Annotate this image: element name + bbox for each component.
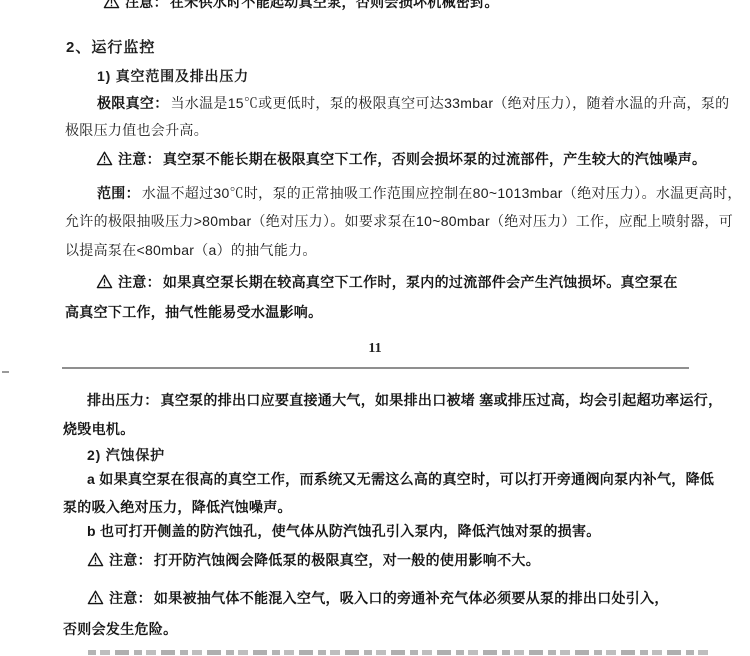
- warning-paragraph-gas-mixing-cont: 否则会发生危险。: [63, 620, 177, 638]
- line-text: 如果真空泵长期在较高真空下工作时，泵内的过流部件会产生汽蚀损坏。真空泵在: [163, 274, 678, 290]
- warning-paragraph-anticavitation-valve: 注意：打开防汽蚀阀会降低泵的极限真空，对一般的使用影响不大。: [87, 551, 540, 569]
- section-heading: 2、运行监控: [66, 39, 155, 57]
- term-label: 范围：: [97, 185, 140, 201]
- paragraph-working-range-end: 以提高泵在<80mbar（a）的抽气能力。: [65, 241, 317, 259]
- scan-artifact-dash: [2, 371, 9, 373]
- paragraph-working-range-cont: 允许的极限抽吸压力>80mbar（绝对压力）。如要求泵在10~80mbar（绝对…: [65, 212, 733, 230]
- line-text: 真空泵不能长期在极限真空下工作，否则会损坏泵的过流部件，产生较大的汽蚀噪声。: [163, 151, 706, 167]
- warning-icon: [96, 274, 113, 289]
- warning-paragraph-cavitation-noise: 注意：真空泵不能长期在极限真空下工作，否则会损坏泵的过流部件，产生较大的汽蚀噪声…: [96, 150, 706, 168]
- warning-label: 注意：: [109, 552, 152, 568]
- line-text: 水温不超过30℃时，泵的正常抽吸工作范围应控制在80~1013mbar（绝对压力…: [142, 185, 742, 201]
- term-label: 排出压力：: [87, 392, 159, 408]
- line-text: 当水温是15℃或更低时，泵的极限真空可达33mbar（绝对压力），随着水温的升高…: [171, 95, 730, 111]
- line-text: 真空泵的排出口应要直接通大气，如果排出口被堵 塞或排压过高，均会引起超功率运行，: [161, 392, 723, 408]
- warning-icon: [96, 151, 113, 166]
- page-divider-rule: [62, 367, 689, 369]
- warning-label: 注意：: [118, 151, 161, 167]
- warning-label: 注意：: [125, 0, 168, 10]
- paragraph-ultimate-vacuum: 极限真空：当水温是15℃或更低时，泵的极限真空可达33mbar（绝对压力），随着…: [97, 94, 729, 112]
- paragraph-discharge-pressure: 排出压力：真空泵的排出口应要直接通大气，如果排出口被堵 塞或排压过高，均会引起超…: [87, 391, 722, 409]
- warning-paragraph-high-vacuum: 注意：如果真空泵长期在较高真空下工作时，泵内的过流部件会产生汽蚀损坏。真空泵在: [96, 273, 678, 291]
- line-text: 打开防汽蚀阀会降低泵的极限真空，对一般的使用影响不大。: [154, 552, 540, 568]
- clipped-bottom-line: [88, 650, 710, 655]
- list-item-b: b 也可打开侧盖的防汽蚀孔，使气体从防汽蚀孔引入泵内，降低汽蚀对泵的损害。: [87, 522, 601, 540]
- paragraph-working-range: 范围：水温不超过30℃时，泵的正常抽吸工作范围应控制在80~1013mbar（绝…: [97, 184, 742, 202]
- warning-icon: [87, 552, 104, 567]
- warning-label: 注意：: [109, 590, 152, 606]
- warning-paragraph-high-vacuum-cont: 高真空下工作，抽气性能易受水温影响。: [65, 303, 322, 321]
- paragraph-ultimate-vacuum-cont: 极限压力值也会升高。: [65, 121, 208, 139]
- list-item-a: a 如果真空泵在很高的真空工作，而系统又无需这么高的真空时，可以打开旁通阀向泵内…: [87, 470, 714, 488]
- page-number: 11: [0, 341, 750, 357]
- subheading-cavitation-protection: 2) 汽蚀保护: [87, 446, 165, 464]
- document-page: 注意：在未供水时不能起动真空泵，否则会损坏机械密封。 2、运行监控 1) 真空范…: [0, 0, 750, 656]
- list-item-a-cont: 泵的吸入绝对压力，降低汽蚀噪声。: [63, 498, 292, 516]
- warning-paragraph-gas-mixing: 注意：如果被抽气体不能混入空气，吸入口的旁通补充气体必须要从泵的排出口处引入，: [87, 589, 669, 607]
- warning-label: 注意：: [118, 274, 161, 290]
- warning-icon: [87, 590, 104, 605]
- line-text: 如果被抽气体不能混入空气，吸入口的旁通补充气体必须要从泵的排出口处引入，: [154, 590, 669, 606]
- subheading-vacuum-range: 1) 真空范围及排出压力: [97, 67, 249, 85]
- line-text: 在未供水时不能起动真空泵，否则会损坏机械密封。: [170, 0, 499, 10]
- term-label: 极限真空：: [97, 95, 169, 111]
- warning-icon: [103, 0, 120, 9]
- paragraph-discharge-pressure-cont: 烧毁电机。: [63, 420, 135, 438]
- warning-paragraph-top-clipped: 注意：在未供水时不能起动真空泵，否则会损坏机械密封。: [103, 0, 499, 11]
